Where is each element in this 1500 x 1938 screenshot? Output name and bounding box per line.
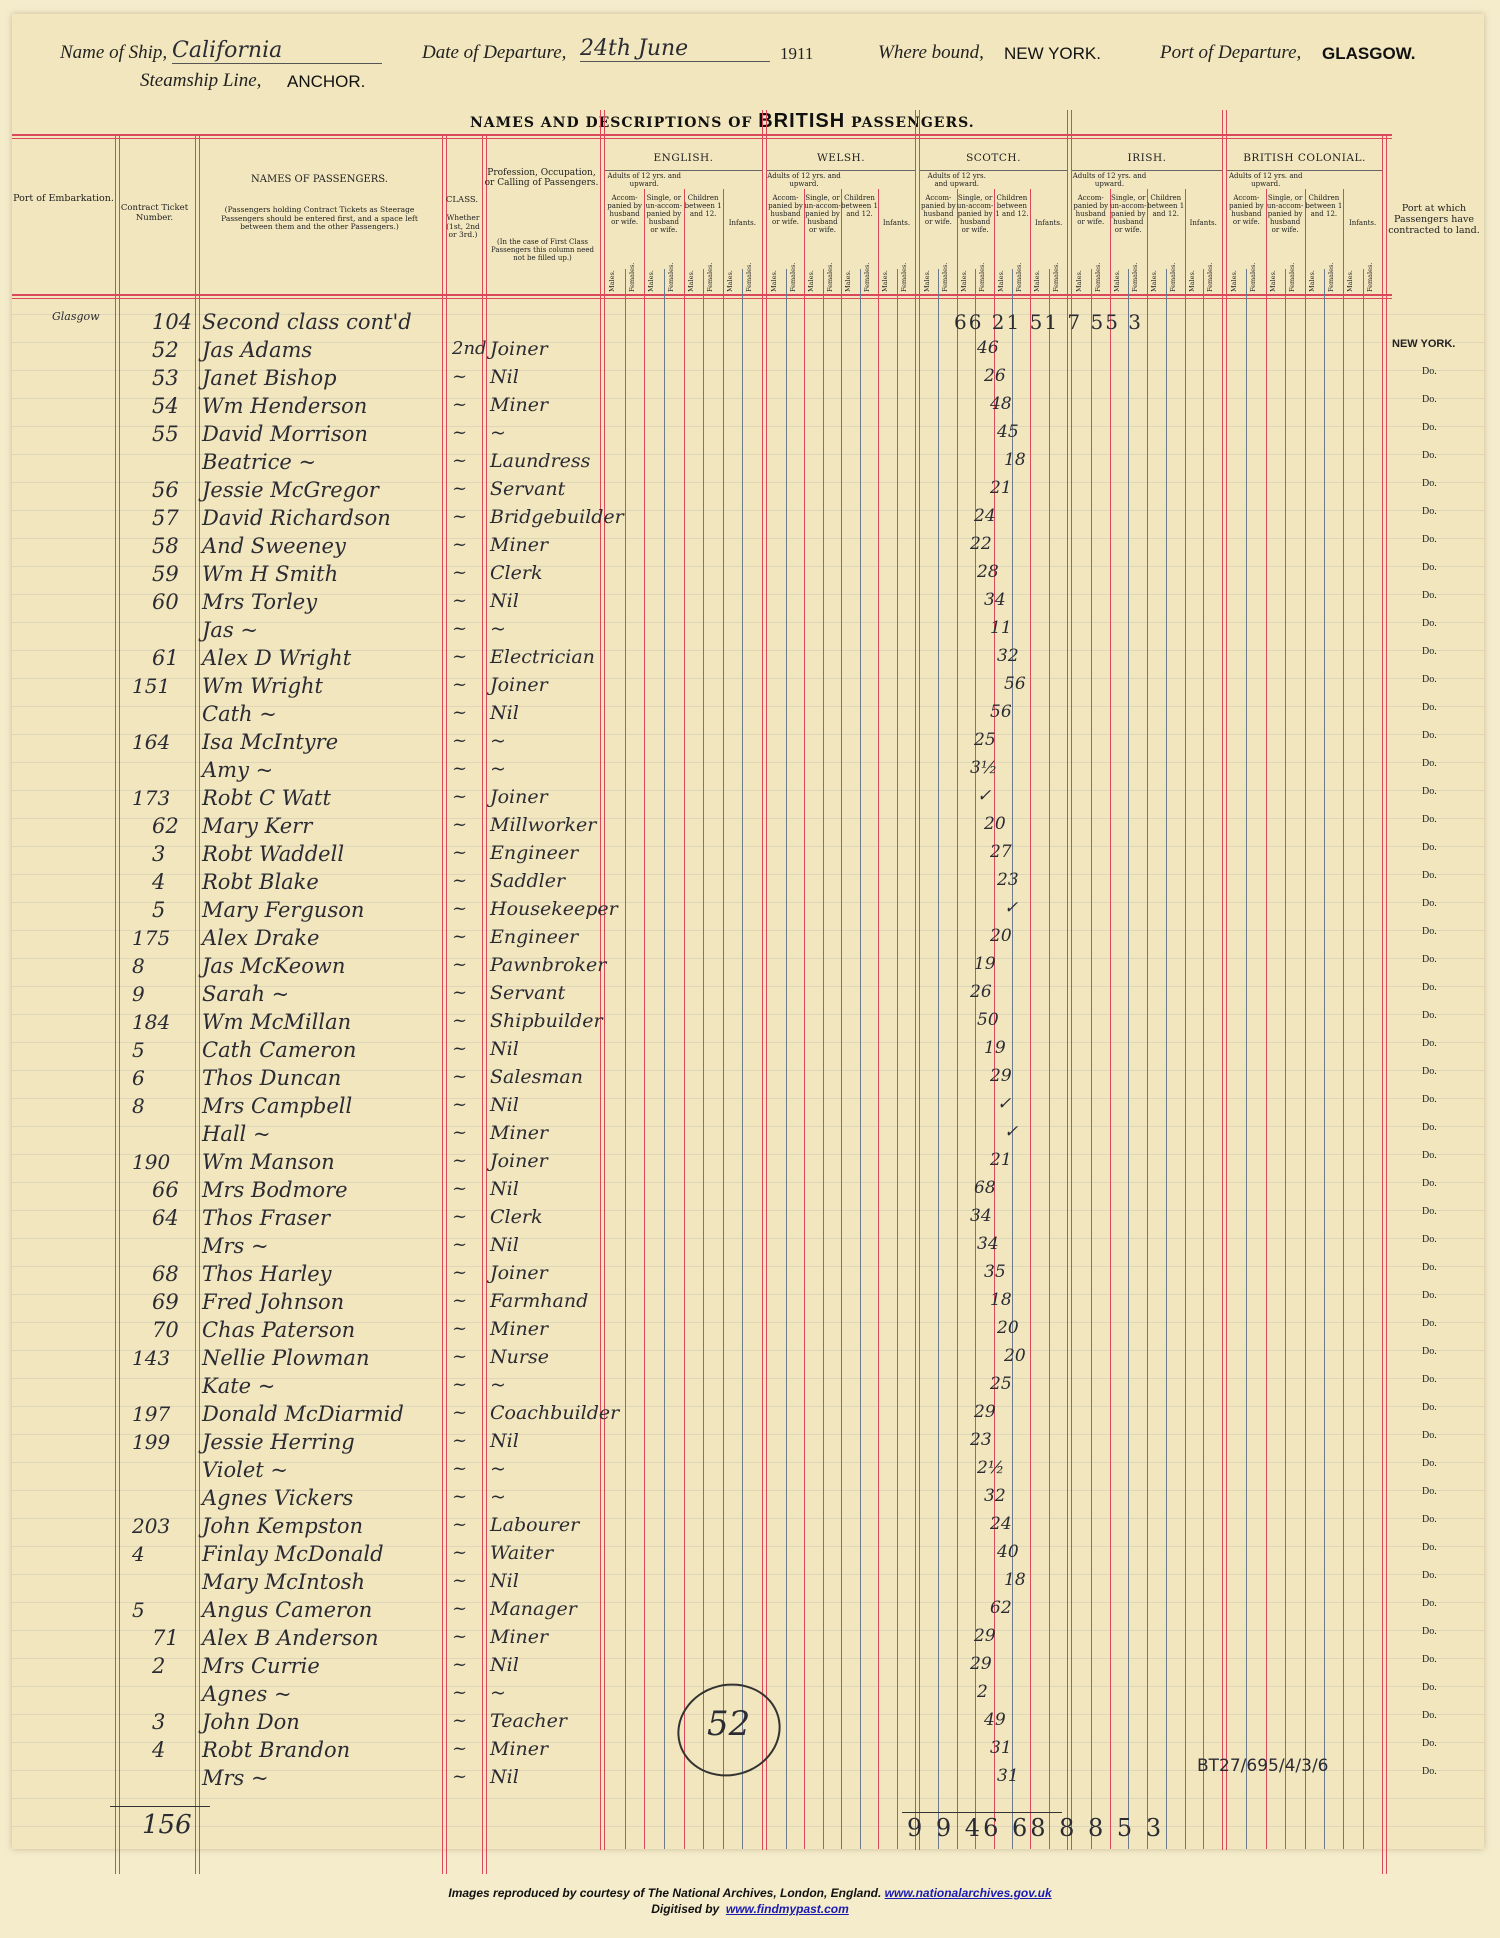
profession-cell: Laundress [490,450,590,472]
class-cell: ~ [452,1710,467,1731]
port-to-land-cell: Do. [1422,506,1437,517]
port-to-land-cell: Do. [1422,1206,1437,1217]
port-to-land-cell: Do. [1422,534,1437,545]
class-cell: ~ [452,1122,467,1143]
port-to-land-cell: Do. [1422,1094,1437,1105]
passenger-name-cell: Agnes Vickers [202,1486,353,1510]
ticket-number-cell: 4 [152,1738,165,1762]
table-row: 151Wm Wright~Joiner56Do. [12,674,1484,702]
age-entry-cell: 29 [990,1066,1012,1086]
sub-children: Children between 1 and 12. [994,194,1031,218]
passenger-name-cell: Wm McMillan [202,1010,351,1034]
line-value: ANCHOR. [287,72,365,92]
findmypast-link[interactable]: www.findmypast.com [726,1902,849,1916]
table-row: Agnes Vickers~~32Do. [12,1486,1484,1514]
profession-cell: ~ [490,1486,506,1508]
port-to-land-cell: Do. [1422,1682,1437,1693]
port-to-land-cell: Do. [1422,1290,1437,1301]
passenger-name-cell: Robt C Watt [202,786,331,810]
adults-label: Adults of 12 yrs. and upward. [920,172,994,188]
table-row: 143Nellie Plowman~Nurse20Do. [12,1346,1484,1374]
class-cell: ~ [452,1038,467,1059]
table-row: 5Angus Cameron~Manager62Do. [12,1598,1484,1626]
ticket-number-cell: 53 [152,366,179,390]
age-entry-cell: 20 [997,1318,1019,1338]
port-embarkation-cell: 6 [132,1066,145,1090]
table-row: 199Jessie Herring~Nil23Do. [12,1430,1484,1458]
ticket-number-cell: 58 [152,534,179,558]
ticket-number-cell: 70 [152,1318,179,1342]
age-entry-cell: 18 [1004,1570,1026,1590]
col-port-embarkation: Port of Embarkation. [12,194,115,205]
age-entry-cell: 24 [990,1514,1012,1534]
class-cell: ~ [452,1486,467,1507]
bound-value: NEW YORK. [1004,44,1101,64]
passenger-name-cell: And Sweeney [202,534,346,558]
table-row: 58And Sweeney~Miner22Do. [12,534,1484,562]
profession-cell: Bridgebuilder [490,506,624,528]
profession-cell: Engineer [490,926,578,948]
males-label: Males. [1189,270,1196,292]
port-to-land-cell: Do. [1422,1374,1437,1385]
adults-label: Adults of 12 yrs. and upward. [767,172,841,188]
age-entry-cell: 35 [984,1262,1006,1282]
ship-name: California [172,38,382,64]
table-row: Hall ~~Miner✓Do. [12,1122,1484,1150]
table-row: 69Fred Johnson~Farmhand18Do. [12,1290,1484,1318]
ticket-number-cell: 66 [152,1178,179,1202]
females-label: Females. [1053,270,1060,292]
port-to-land-cell: Do. [1422,954,1437,965]
port-to-land-cell: Do. [1422,1486,1437,1497]
footer-credits: Images reproduced by courtesy of The Nat… [0,1885,1500,1917]
class-cell: ~ [452,1682,467,1703]
ticket-number-cell: 104 [152,310,192,334]
profession-cell: ~ [490,618,506,640]
port-to-land-cell: Do. [1422,870,1437,881]
passenger-name-cell: Hall ~ [202,1122,271,1146]
class-cell: ~ [452,926,467,947]
sub-single: Single, or un-accom-panied by husband or… [1266,194,1305,234]
sub-infants: Infants. [1185,219,1223,227]
table-row: Beatrice ~~Laundress18Do. [12,450,1484,478]
port-embarkation-cell: Glasgow [52,310,100,323]
table-row: Kate ~~~25Do. [12,1374,1484,1402]
port-embarkation-cell: 164 [132,730,170,754]
males-label: Males. [882,270,889,292]
age-entry-cell: 56 [1004,674,1026,694]
port-to-land-cell: Do. [1422,562,1437,573]
class-cell: 2nd [452,338,487,359]
manifest-sheet: Name of Ship, California Steamship Line,… [12,14,1484,1849]
passenger-name-cell: David Richardson [202,506,391,530]
port-to-land-cell: Do. [1422,786,1437,797]
date-label: Date of Departure, [422,42,566,64]
port-embarkation-cell: 8 [132,1094,145,1118]
port-to-land-cell: Do. [1422,1234,1437,1245]
table-row: 197Donald McDiarmid~Coachbuilder29Do. [12,1402,1484,1430]
males-label: Males. [771,270,778,292]
age-entry-cell: 3½ [970,758,997,778]
port-to-land-cell: Do. [1422,730,1437,741]
passenger-name-cell: Alex B Anderson [202,1626,378,1650]
port-to-land-cell: Do. [1422,646,1437,657]
age-entry-cell: 31 [990,1738,1012,1758]
profession-cell: Teacher [490,1710,567,1732]
profession-cell: Engineer [490,842,578,864]
profession-cell: Nil [490,590,519,612]
females-label: Females. [1250,270,1257,292]
ticket-number-cell: 57 [152,506,179,530]
group-irish: IRISH. [1072,152,1222,164]
passenger-name-cell: Jas Adams [202,338,312,362]
ticket-number-cell: 55 [152,422,179,446]
profession-cell: Joiner [490,786,548,808]
group-underline [605,170,762,171]
males-label: Males. [845,270,852,292]
sub-single: Single, or un-accom-panied by husband or… [804,194,841,234]
age-entry-cell: 46 [977,338,999,358]
circled-page-number: 52 [707,1704,750,1744]
females-label: Females. [1207,270,1214,292]
ticket-number-cell: 56 [152,478,179,502]
header-top-rule [12,134,1392,136]
nationalarchives-link[interactable]: www.nationalarchives.gov.uk [885,1886,1052,1900]
profession-cell: Farmhand [490,1290,588,1312]
class-cell: ~ [452,422,467,443]
class-cell: ~ [452,898,467,919]
sub-infants: Infants. [1030,219,1067,227]
age-entry-cell: 32 [984,1486,1006,1506]
class-cell: ~ [452,674,467,695]
port-to-land-cell: Do. [1422,1738,1437,1749]
class-cell: ~ [452,534,467,555]
class-cell: ~ [452,1150,467,1171]
port-to-land-cell: Do. [1422,758,1437,769]
class-cell: ~ [452,1626,467,1647]
profession-cell: Nil [490,702,519,724]
age-entry-cell: 29 [974,1626,996,1646]
port-to-land-cell: Do. [1422,366,1437,377]
profession-cell: ~ [490,758,506,780]
table-row: 52Jas Adams2ndJoiner46NEW YORK. [12,338,1484,366]
table-row: 61Alex D Wright~Electrician32Do. [12,646,1484,674]
females-label: Females. [1170,270,1177,292]
ticket-total: 156 [142,1810,192,1840]
age-entry-cell: 29 [974,1402,996,1422]
age-entry-cell: 31 [997,1766,1019,1786]
passenger-name-cell: Second class cont'd [202,310,412,334]
sub-accompanied: Accom-panied by husband or wife. [920,194,957,226]
passenger-name-cell: Wm Manson [202,1150,335,1174]
ticket-number-cell: 2 [152,1654,165,1678]
females-label: Females. [1328,270,1335,292]
age-entry-cell: 48 [990,394,1012,414]
port-to-land-cell: Do. [1422,1346,1437,1357]
females-label: Females. [1289,270,1296,292]
females-label: Females. [1016,270,1023,292]
males-label: Males. [1309,270,1316,292]
passenger-name-cell: Thos Fraser [202,1206,330,1230]
age-entry-cell: 20 [990,926,1012,946]
port-embarkation-cell: 190 [132,1150,170,1174]
group-underline [1227,170,1382,171]
age-entry-cell: 23 [997,870,1019,890]
age-entry-cell: 20 [1004,1346,1026,1366]
port-to-land-cell: NEW YORK. [1392,338,1455,350]
table-row: 53Janet Bishop~Nil26Do. [12,366,1484,394]
males-label: Males. [727,270,734,292]
age-entry-cell: 19 [984,1038,1006,1058]
ruled-line [12,1798,1484,1799]
age-entry-cell: 40 [997,1542,1019,1562]
port-to-land-cell: Do. [1422,1766,1437,1777]
profession-cell: Clerk [490,562,542,584]
profession-cell: Housekeeper [490,898,618,920]
age-entry-cell: 24 [974,506,996,526]
table-row: Cath ~~Nil56Do. [12,702,1484,730]
table-row: 71Alex B Anderson~Miner29Do. [12,1626,1484,1654]
class-cell: ~ [452,842,467,863]
port-embarkation-cell: 199 [132,1430,170,1454]
profession-cell: Salesman [490,1066,583,1088]
females-label: Females. [979,270,986,292]
port-to-land-cell: Do. [1422,814,1437,825]
sub-children: Children between 1 and 12. [841,194,878,218]
adults-label: Adults of 12 yrs. and upward. [605,172,684,188]
passenger-name-cell: Chas Paterson [202,1318,355,1342]
footer-credit-text: Images reproduced by courtesy of The Nat… [448,1886,881,1900]
class-cell: ~ [452,702,467,723]
age-entry-cell: 2 [977,1682,988,1702]
table-row: 203John Kempston~Labourer24Do. [12,1514,1484,1542]
sub-children: Children between 1 and 12. [1147,194,1185,218]
table-row: Mary McIntosh~Nil18Do. [12,1570,1484,1598]
passenger-name-cell: Amy ~ [202,758,273,782]
passenger-name-cell: Mary McIntosh [202,1570,365,1594]
passenger-name-cell: Kate ~ [202,1374,275,1398]
table-row: 70Chas Paterson~Miner20Do. [12,1318,1484,1346]
passenger-name-cell: John Kempston [202,1514,363,1538]
table-row: 5Mary Ferguson~Housekeeper✓Do. [12,898,1484,926]
sub-single: Single, or un-accom-panied by husband or… [957,194,994,234]
passenger-name-cell: Donald McDiarmid [202,1402,404,1426]
profession-cell: Joiner [490,674,548,696]
class-cell: ~ [452,1262,467,1283]
scotch-totals: 9 9 46 68 8 8 5 3 [907,1814,1164,1842]
age-entry-cell: 21 [990,478,1012,498]
header-top-rule-2 [12,138,1392,139]
table-row: 66Mrs Bodmore~Nil68Do. [12,1178,1484,1206]
profession-cell: Nil [490,1038,519,1060]
table-row: 56Jessie McGregor~Servant21Do. [12,478,1484,506]
port-embarkation-cell: 173 [132,786,170,810]
port-to-land-cell: Do. [1422,982,1437,993]
class-cell: ~ [452,1206,467,1227]
passenger-name-cell: Jessie McGregor [202,478,379,502]
profession-cell: Servant [490,478,565,500]
females-label: Females. [901,270,908,292]
passenger-name-cell: Cath ~ [202,702,277,726]
passenger-name-cell: Mrs ~ [202,1766,269,1790]
port-to-land-cell: Do. [1422,1122,1437,1133]
profession-cell: Millworker [490,814,596,836]
ticket-number-cell: 64 [152,1206,179,1230]
class-cell: ~ [452,1374,467,1395]
col-port-land: Port at which Passengers have contracted… [1384,204,1484,237]
females-label: Females. [707,270,714,292]
port-to-land-cell: Do. [1422,1178,1437,1189]
profession-cell: Nil [490,1094,519,1116]
ticket-number-cell: 69 [152,1290,179,1314]
age-entry-cell: 11 [990,618,1012,638]
females-label: Females. [1367,270,1374,292]
passenger-name-cell: Agnes ~ [202,1682,292,1706]
table-row: 54Wm Henderson~Miner48Do. [12,394,1484,422]
group-underline [920,170,1067,171]
class-cell: ~ [452,1458,467,1479]
port-to-land-cell: Do. [1422,842,1437,853]
age-entry-cell: 20 [984,814,1006,834]
males-label: Males. [1231,270,1238,292]
males-label: Males. [688,270,695,292]
class-cell: ~ [452,982,467,1003]
table-row: 173Robt C Watt~Joiner✓Do. [12,786,1484,814]
ticket-number-cell: 54 [152,394,179,418]
females-label: Females. [746,270,753,292]
port-to-land-cell: Do. [1422,1654,1437,1665]
class-cell: ~ [452,1066,467,1087]
profession-cell: Miner [490,1738,548,1760]
sub-infants: Infants. [723,219,762,227]
class-cell: ~ [452,450,467,471]
ticket-number-cell: 52 [152,338,179,362]
port-to-land-cell: Do. [1422,1514,1437,1525]
title-emph: BRITISH [758,110,845,132]
table-row: Jas ~~~11Do. [12,618,1484,646]
profession-cell: Nil [490,366,519,388]
males-label: Males. [924,270,931,292]
table-row: 59Wm H Smith~Clerk28Do. [12,562,1484,590]
age-entry-cell: 26 [984,366,1006,386]
profession-cell: Shipbuilder [490,1010,603,1032]
title-post: PASSENGERS. [851,115,975,131]
class-cell: ~ [452,646,467,667]
passenger-name-cell: Mrs Campbell [202,1094,352,1118]
table-row: 57David Richardson~Bridgebuilder24Do. [12,506,1484,534]
table-row: 68Thos Harley~Joiner35Do. [12,1262,1484,1290]
port-to-land-cell: Do. [1422,590,1437,601]
table-row: 184Wm McMillan~Shipbuilder50Do. [12,1010,1484,1038]
ticket-number-cell: 59 [152,562,179,586]
table-row: 190Wm Manson~Joiner21Do. [12,1150,1484,1178]
males-label: Males. [1076,270,1083,292]
profession-cell: Manager [490,1598,577,1620]
table-row: 4Finlay McDonald~Waiter40Do. [12,1542,1484,1570]
females-label: Females. [790,270,797,292]
scotch-total-rule [902,1812,1062,1813]
port-to-land-cell: Do. [1422,1010,1437,1021]
class-cell: ~ [452,590,467,611]
table-row: Violet ~~~2½Do. [12,1458,1484,1486]
class-cell: ~ [452,1542,467,1563]
age-entry-cell: 27 [990,842,1012,862]
table-row: 60Mrs Torley~Nil34Do. [12,590,1484,618]
profession-cell: Clerk [490,1206,542,1228]
passenger-name-cell: Mrs Torley [202,590,317,614]
port-embarkation-cell: 4 [132,1542,145,1566]
passenger-name-cell: Thos Duncan [202,1066,341,1090]
age-entry-cell: 49 [984,1710,1006,1730]
table-row: 3Robt Waddell~Engineer27Do. [12,842,1484,870]
age-entry-cell: 23 [970,1430,992,1450]
profession-cell: ~ [490,1682,506,1704]
sub-children: Children between 1 and 12. [684,194,723,218]
passenger-name-cell: Thos Harley [202,1262,332,1286]
males-label: Males. [1034,270,1041,292]
port-embarkation-cell: 143 [132,1346,170,1370]
class-cell: ~ [452,1430,467,1451]
port-to-land-cell: Do. [1422,394,1437,405]
age-entry-cell: 25 [974,730,996,750]
males-label: Males. [1270,270,1277,292]
age-entry-cell: 45 [997,422,1019,442]
profession-cell: Nurse [490,1346,549,1368]
port-to-land-cell: Do. [1422,1598,1437,1609]
passenger-name-cell: Sarah ~ [202,982,289,1006]
table-row: 64Thos Fraser~Clerk34Do. [12,1206,1484,1234]
ticket-number-cell: 68 [152,1262,179,1286]
sub-accompanied: Accom-panied by husband or wife. [1227,194,1266,226]
age-entry-cell: 25 [990,1374,1012,1394]
class-cell: ~ [452,1402,467,1423]
males-label: Males. [1151,270,1158,292]
port-to-land-cell: Do. [1422,674,1437,685]
passenger-name-cell: Cath Cameron [202,1038,356,1062]
group-scotch: SCOTCH. [920,152,1067,164]
passenger-name-cell: Robt Waddell [202,842,344,866]
age-entry-cell: 34 [977,1234,999,1254]
port-to-land-cell: Do. [1422,1570,1437,1581]
port-to-land-cell: Do. [1422,926,1437,937]
profession-cell: Joiner [490,338,548,360]
age-entry-cell: 34 [970,1206,992,1226]
passenger-name-cell: Jas McKeown [202,954,345,978]
females-label: Females. [827,270,834,292]
title-pre: NAMES AND DESCRIPTIONS OF [470,115,752,131]
females-label: Females. [942,270,949,292]
adults-label: Adults of 12 yrs. and upward. [1072,172,1147,188]
col-class: CLASS. [442,196,482,206]
males-label: Males. [961,270,968,292]
sub-single: Single, or un-accom-panied by husband or… [644,194,683,234]
profession-cell: ~ [490,730,506,752]
ruled-line [12,1826,1484,1827]
profession-cell: ~ [490,422,506,444]
passenger-name-cell: Wm Henderson [202,394,367,418]
port-to-land-cell: Do. [1422,478,1437,489]
adults-label: Adults of 12 yrs. and upward. [1227,172,1305,188]
class-cell: ~ [452,1570,467,1591]
males-label: Males. [808,270,815,292]
age-entry-cell: 66 21 51 7 55 3 [954,310,1143,334]
port-embarkation-cell: 203 [132,1514,170,1538]
passenger-name-cell: Jas ~ [202,618,258,642]
profession-cell: Servant [490,982,565,1004]
passenger-name-cell: David Morrison [202,422,368,446]
class-cell: ~ [452,730,467,751]
class-cell: ~ [452,366,467,387]
